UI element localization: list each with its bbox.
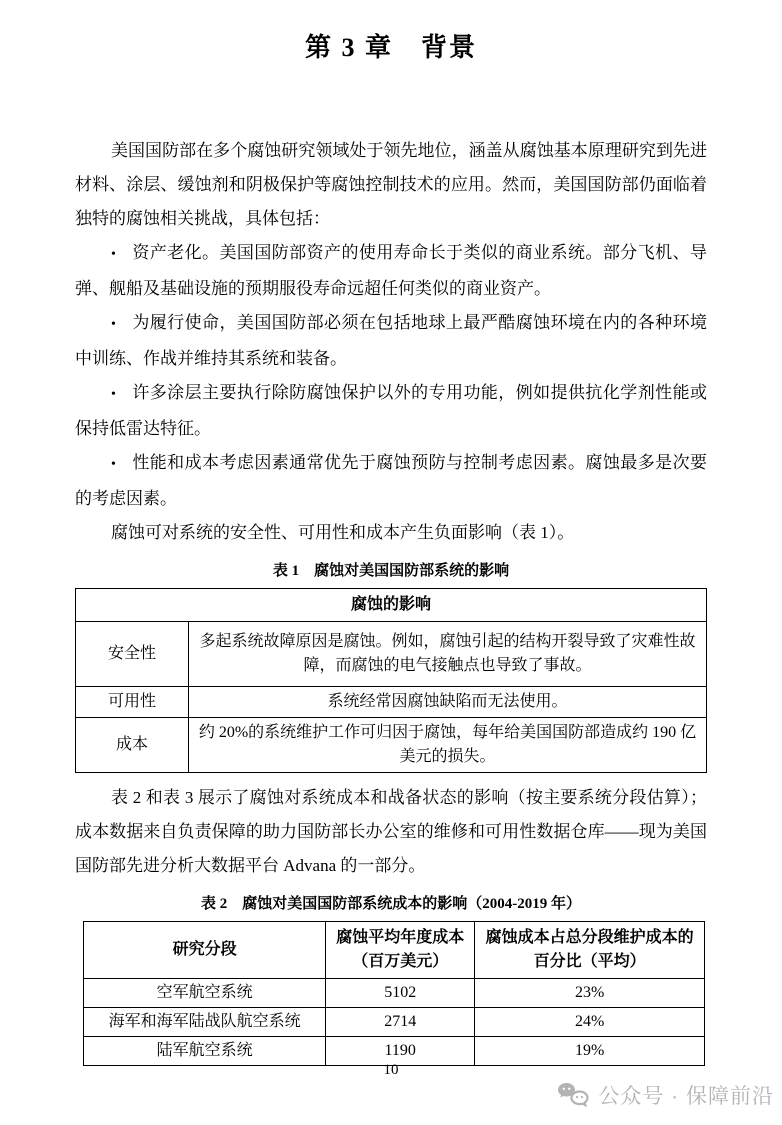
wechat-icon (557, 1082, 589, 1109)
table-header-row: 研究分段 腐蚀平均年度成本（百万美元） 腐蚀成本占总分段维护成本的百分比（平均） (84, 922, 705, 979)
page-content: 第 3 章 背景 美国国防部在多个腐蚀研究领域处于领先地位，涵盖从腐蚀基本原理研… (75, 0, 707, 1066)
row-label: 成本 (76, 718, 189, 773)
table1-caption: 表 1 腐蚀对美国国防部系统的影响 (75, 560, 707, 582)
table-cell: 空军航空系统 (84, 979, 326, 1008)
table-cell: 23% (475, 979, 705, 1008)
watermark: 公众号 · 保障前沿 (557, 1080, 774, 1110)
table-row: 空军航空系统 5102 23% (84, 979, 705, 1008)
table-cell: 5102 (326, 979, 475, 1008)
page-number: 10 (0, 1062, 782, 1079)
row-label: 可用性 (76, 687, 189, 718)
paragraph-intro: 美国国防部在多个腐蚀研究领域处于领先地位，涵盖从腐蚀基本原理研究到先进材料、涂层… (75, 134, 707, 236)
bullet-item-mission: •为履行使命，美国国防部必须在包括地球上最严酷腐蚀环境在内的各种环境中训练、作战… (75, 306, 707, 376)
bullet-text: 为履行使命，美国国防部必须在包括地球上最严酷腐蚀环境在内的各种环境中训练、作战并… (75, 313, 707, 368)
bullet-text: 性能和成本考虑因素通常优先于腐蚀预防与控制考虑因素。腐蚀最多是次要的考虑因素。 (75, 453, 707, 508)
corrosion-impact-table: 腐蚀的影响 安全性 多起系统故障原因是腐蚀。例如，腐蚀引起的结构开裂导致了灾难性… (75, 588, 707, 773)
table-cell: 2714 (326, 1008, 475, 1037)
bullet-marker: • (111, 317, 116, 332)
column-header: 研究分段 (84, 922, 326, 979)
bullet-item-aging: •资产老化。美国国防部资产的使用寿命长于类似的商业系统。部分飞机、导弹、舰船及基… (75, 236, 707, 306)
bullet-item-coatings: •许多涂层主要执行除防腐蚀保护以外的专用功能，例如提供抗化学剂性能或保持低雷达特… (75, 376, 707, 446)
cost-table: 研究分段 腐蚀平均年度成本（百万美元） 腐蚀成本占总分段维护成本的百分比（平均）… (83, 921, 705, 1066)
watermark-text: 公众号 · 保障前沿 (598, 1080, 774, 1110)
column-header: 腐蚀平均年度成本（百万美元） (326, 922, 475, 979)
column-header: 腐蚀成本占总分段维护成本的百分比（平均） (475, 922, 705, 979)
table-row: 海军和海军陆战队航空系统 2714 24% (84, 1008, 705, 1037)
table1-merged-header: 腐蚀的影响 (76, 589, 707, 622)
table-cell: 24% (475, 1008, 705, 1037)
bullet-marker: • (111, 387, 116, 402)
bullet-text: 资产老化。美国国防部资产的使用寿命长于类似的商业系统。部分飞机、导弹、舰船及基础… (75, 243, 707, 298)
document-page: 第 3 章 背景 美国国防部在多个腐蚀研究领域处于领先地位，涵盖从腐蚀基本原理研… (0, 0, 782, 1125)
paragraph-impact: 腐蚀可对系统的安全性、可用性和成本产生负面影响（表 1）。 (75, 516, 707, 550)
bullet-text: 许多涂层主要执行除防腐蚀保护以外的专用功能，例如提供抗化学剂性能或保持低雷达特征… (75, 383, 707, 438)
bullet-marker: • (111, 247, 116, 262)
bullet-item-performance: •性能和成本考虑因素通常优先于腐蚀预防与控制考虑因素。腐蚀最多是次要的考虑因素。 (75, 446, 707, 516)
table-header-row: 腐蚀的影响 (76, 589, 707, 622)
row-label: 安全性 (76, 622, 189, 687)
page-title: 第 3 章 背景 (75, 28, 707, 68)
table-row: 安全性 多起系统故障原因是腐蚀。例如，腐蚀引起的结构开裂导致了灾难性故障，而腐蚀… (76, 622, 707, 687)
row-text: 多起系统故障原因是腐蚀。例如，腐蚀引起的结构开裂导致了灾难性故障，而腐蚀的电气接… (189, 622, 707, 687)
table-row: 成本 约 20%的系统维护工作可归因于腐蚀，每年给美国国防部造成约 190 亿美… (76, 718, 707, 773)
table2-caption: 表 2 腐蚀对美国国防部系统成本的影响（2004-2019 年） (75, 893, 707, 915)
row-text: 约 20%的系统维护工作可归因于腐蚀，每年给美国国防部造成约 190 亿美元的损… (189, 718, 707, 773)
table-row: 可用性 系统经常因腐蚀缺陷而无法使用。 (76, 687, 707, 718)
row-text: 系统经常因腐蚀缺陷而无法使用。 (189, 687, 707, 718)
paragraph-cost: 表 2 和表 3 展示了腐蚀对系统成本和战备状态的影响（按主要系统分段估算）；成… (75, 781, 707, 883)
table-cell: 海军和海军陆战队航空系统 (84, 1008, 326, 1037)
bullet-marker: • (111, 457, 116, 472)
